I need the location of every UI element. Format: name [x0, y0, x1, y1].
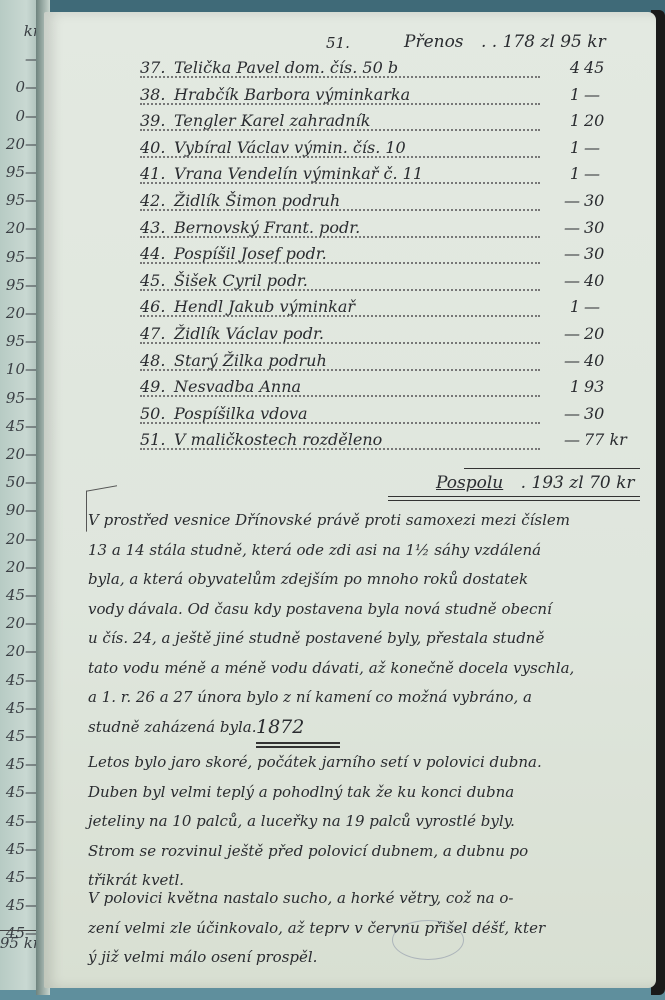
margin-amount: 95—: [6, 191, 40, 209]
entry-number: 41.: [140, 164, 174, 183]
margin-amount: 45—: [6, 586, 40, 604]
text-line: a 1. r. 26 a 27 února bylo z ní kamení c…: [88, 683, 648, 713]
carried-forward: Přenos . . 178 zl 95 kr: [404, 32, 606, 52]
entry-number: 44.: [140, 244, 174, 263]
year-heading: 1872: [256, 716, 304, 738]
margin-amount: 20—: [6, 304, 40, 322]
year-rule-1: [256, 742, 340, 744]
margin-amount: 95—: [6, 332, 40, 350]
text-line: V prostřed vesnice Dřínovské právě proti…: [88, 506, 648, 536]
entry-number: 43.: [140, 218, 174, 237]
margin-total: 195 kr: [0, 934, 40, 952]
paragraph-may: V polovici května nastalo sucho, a horké…: [88, 884, 648, 973]
entry-kr: —: [584, 297, 640, 316]
ledger-entry: 41.Vrana Vendelín výminkař č. 111—: [140, 164, 640, 190]
entry-number: 50.: [140, 404, 174, 423]
ledger-entry: 37.Telička Pavel dom. čís. 50 b445: [140, 58, 640, 84]
entry-fl: —: [550, 430, 580, 449]
text-line: Letos bylo jaro skoré, počátek jarního s…: [88, 748, 648, 778]
subtotal-rule: [464, 468, 640, 469]
ledger-entry: 48.Starý Žilka podruh—40: [140, 351, 640, 377]
entry-name: Tengler Karel zahradník: [174, 111, 370, 130]
carried-forward-kr: 95 kr: [560, 32, 605, 52]
margin-amount: 20—: [6, 219, 40, 237]
entry-kr: 40: [584, 271, 640, 290]
entry-fl: —: [550, 218, 580, 237]
entry-name: Šišek Cyril podr.: [174, 271, 308, 290]
entry-number: 51.: [140, 430, 174, 449]
entry-number: 40.: [140, 138, 174, 157]
text-line: studně zaházená byla.: [88, 713, 648, 743]
entry-number: 39.: [140, 111, 174, 130]
text-line: jeteliny na 10 palců, a luceřky na 19 pa…: [88, 807, 648, 837]
entry-kr: 93: [584, 377, 640, 396]
entry-number: 48.: [140, 351, 174, 370]
margin-amount: 95—: [6, 163, 40, 181]
entry-fl: 4: [550, 58, 580, 77]
total-label: Pospolu: [436, 473, 503, 493]
entry-name: Vrana Vendelín výminkař č. 11: [174, 164, 423, 183]
entry-kr: 30: [584, 218, 640, 237]
entry-number: 37.: [140, 58, 174, 77]
entry-kr: —: [584, 138, 640, 157]
entry-name: Nesvadba Anna: [174, 377, 301, 396]
total-kr: 70 kr: [589, 473, 634, 493]
margin-amount: 50—: [6, 473, 40, 491]
margin-amount: 45—: [6, 896, 40, 914]
text-line: Strom se rozvinul ještě před polovicí du…: [88, 837, 648, 867]
faded-stamp: [392, 920, 464, 960]
total-rule-2: [388, 500, 640, 501]
entry-name: Pospíšilka vdova: [174, 404, 308, 423]
entry-kr: 20: [584, 111, 640, 130]
total-fl: 193 zl: [531, 473, 583, 493]
margin-amount: 45—: [6, 755, 40, 773]
entry-fl: —: [550, 324, 580, 343]
total-row: Pospolu . 193 zl 70 kr: [436, 473, 635, 493]
text-line: 13 a 14 stála studně, která ode zdi asi …: [88, 536, 648, 566]
entry-kr: 40: [584, 351, 640, 370]
entry-number: 47.: [140, 324, 174, 343]
margin-amount: 45—: [6, 783, 40, 801]
entry-kr: —: [584, 85, 640, 104]
entry-name: Židlík Václav podr.: [174, 324, 324, 343]
margin-amount: 45—: [6, 868, 40, 886]
margin-amount: 90—: [6, 501, 40, 519]
entry-name: Bernovský Frant. podr.: [174, 218, 360, 237]
entry-name: Židlík Šimon podruh: [174, 191, 340, 210]
ledger-entry: 40.Vybíral Václav výmin. čís. 101—: [140, 138, 640, 164]
entry-fl: —: [550, 351, 580, 370]
entry-fl: 1: [550, 138, 580, 157]
ledger-entry: 39.Tengler Karel zahradník120: [140, 111, 640, 137]
entry-kr: 45: [584, 58, 640, 77]
entry-name: Telička Pavel dom. čís. 50 b: [174, 58, 398, 77]
margin-amount: 45—: [6, 727, 40, 745]
margin-amount: 20—: [6, 614, 40, 632]
total-rule-1: [388, 496, 640, 497]
ledger-entry: 50.Pospíšilka vdova—30: [140, 404, 640, 430]
ledger-entry: 51.V maličkostech rozděleno—77 kr: [140, 430, 640, 456]
entry-fl: 1: [550, 164, 580, 183]
paragraph-well: V prostřed vesnice Dřínovské právě proti…: [88, 506, 648, 742]
entry-fl: 1: [550, 377, 580, 396]
text-line: tato vodu méně a méně vodu dávati, až ko…: [88, 654, 648, 684]
ledger-entry: 45.Šišek Cyril podr.—40: [140, 271, 640, 297]
entry-fl: 1: [550, 85, 580, 104]
carried-forward-label: Přenos: [404, 32, 464, 52]
ledger-entry: 43.Bernovský Frant. podr.—30: [140, 218, 640, 244]
margin-amount: 45—: [6, 417, 40, 435]
entry-fl: —: [550, 404, 580, 423]
carried-forward-fl: 178 zl: [503, 32, 555, 52]
entry-name: Hendl Jakub výminkař: [174, 297, 355, 316]
entry-number: 42.: [140, 191, 174, 210]
page-number: 51.: [326, 34, 350, 52]
entry-name: V maličkostech rozděleno: [174, 430, 382, 449]
margin-amount: 20—: [6, 558, 40, 576]
entry-name: Vybíral Václav výmin. čís. 10: [174, 138, 406, 157]
text-line: vody dávala. Od času kdy postavena byla …: [88, 595, 648, 625]
margin-amount: 95—: [6, 248, 40, 266]
entry-fl: —: [550, 271, 580, 290]
margin-amount: 45—: [6, 699, 40, 717]
margin-amount: 20—: [6, 135, 40, 153]
entry-name: Pospíšil Josef podr.: [174, 244, 327, 263]
margin-amount: 45—: [6, 671, 40, 689]
margin-amount: 20—: [6, 445, 40, 463]
entry-number: 45.: [140, 271, 174, 290]
margin-amount: 45—: [6, 840, 40, 858]
entry-name: Hrabčík Barbora výminkarka: [174, 85, 410, 104]
entry-kr: 30: [584, 191, 640, 210]
text-line: zení velmi zle účinkovalo, až teprv v če…: [88, 914, 648, 944]
entry-kr: 77 kr: [584, 430, 640, 449]
ledger-page: 51. Přenos . . 178 zl 95 kr 37.Telička P…: [44, 12, 656, 988]
entry-number: 46.: [140, 297, 174, 316]
text-line: V polovici května nastalo sucho, a horké…: [88, 884, 648, 914]
ledger-entry: 44.Pospíšil Josef podr.—30: [140, 244, 640, 270]
margin-amount: 10—: [6, 360, 40, 378]
entry-kr: 30: [584, 404, 640, 423]
entry-name: Starý Žilka podruh: [174, 351, 327, 370]
margin-amount: 95—: [6, 389, 40, 407]
ledger-entry: 38.Hrabčík Barbora výminkarka1—: [140, 85, 640, 111]
text-line: ý již velmi málo osení prospěl.: [88, 943, 648, 973]
text-line: Duben byl velmi teplý a pohodlný tak že …: [88, 778, 648, 808]
ledger-entry: 47.Židlík Václav podr.—20: [140, 324, 640, 350]
ledger-entry: 46.Hendl Jakub výminkař1—: [140, 297, 640, 323]
entry-fl: 1: [550, 111, 580, 130]
ledger-entry: 49.Nesvadba Anna193: [140, 377, 640, 403]
entry-fl: —: [550, 244, 580, 263]
entry-kr: 30: [584, 244, 640, 263]
entry-kr: —: [584, 164, 640, 183]
margin-amount: 45—: [6, 812, 40, 830]
margin-amount: 20—: [6, 642, 40, 660]
ledger-entry: 42.Židlík Šimon podruh—30: [140, 191, 640, 217]
entry-number: 38.: [140, 85, 174, 104]
entry-kr: 20: [584, 324, 640, 343]
text-line: byla, a která obyvatelům zdejším po mnoh…: [88, 565, 648, 595]
entry-fl: —: [550, 191, 580, 210]
text-line: u čís. 24, a ještě jiné studně postavené…: [88, 624, 648, 654]
paragraph-1872: Letos bylo jaro skoré, počátek jarního s…: [88, 748, 648, 896]
margin-amount: 20—: [6, 530, 40, 548]
entry-fl: 1: [550, 297, 580, 316]
margin-amount: 95—: [6, 276, 40, 294]
entry-number: 49.: [140, 377, 174, 396]
